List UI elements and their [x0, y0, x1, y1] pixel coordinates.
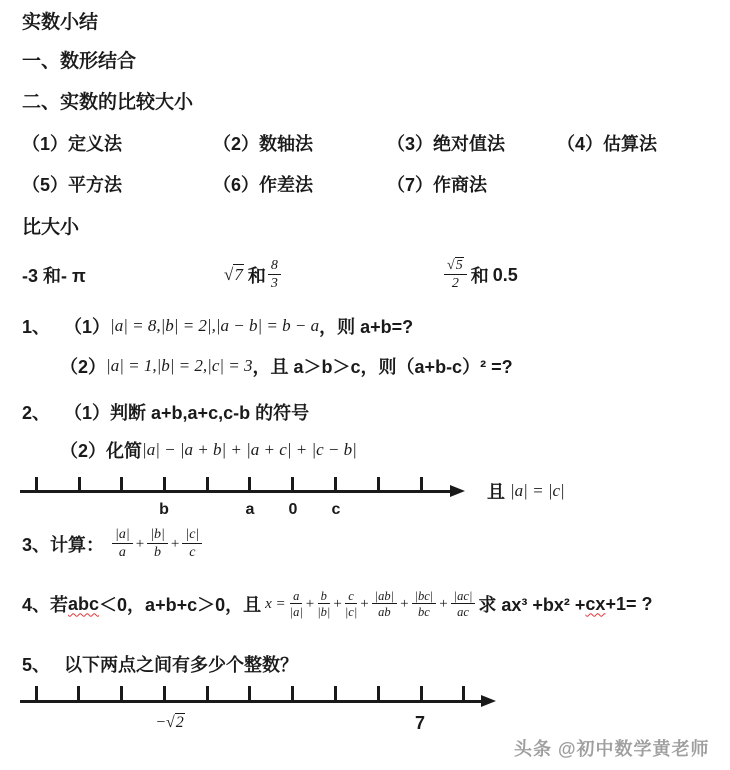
fraction-numerator: c	[345, 589, 357, 604]
method-item-4: （4）估算法	[557, 130, 657, 156]
point-label-b: b	[144, 501, 184, 519]
fraction: a|a|	[290, 589, 303, 619]
fraction: |c|c	[182, 527, 202, 560]
axis-line	[20, 490, 451, 493]
tick-mark	[77, 686, 80, 701]
question-text: 计算：	[50, 535, 104, 555]
fraction-denominator: c	[189, 544, 195, 561]
question-text: ，且 a＞b＞c，则（a+b-c）² =?	[253, 353, 513, 379]
question-5: 5、 以下两点之间有多少个整数？	[22, 651, 298, 677]
fraction: c|c|	[345, 589, 357, 619]
question-text: ＜0，a+b+c＞0，且	[99, 591, 261, 617]
fraction-numerator: |ab|	[372, 589, 397, 604]
tick-mark	[462, 686, 465, 701]
number-line-1: b a 0 c	[20, 476, 490, 520]
axis-arrow-icon	[450, 485, 465, 497]
question-number: 3、	[22, 535, 50, 555]
question-1-part-1: 1、 （1） |a| = 8,|b| = 2|,|a − b| = b − a …	[22, 311, 413, 341]
fraction-denominator: ab	[378, 604, 391, 619]
tick-mark	[291, 477, 294, 491]
section-2-heading: 二、实数的比较大小	[22, 87, 193, 114]
part-label: （2）	[60, 353, 106, 379]
math-expression: x =	[265, 596, 286, 613]
radicand: 5	[455, 257, 464, 273]
fraction-numerator: √5	[444, 258, 467, 275]
part-label: （1）	[64, 313, 110, 339]
math-expression: |a| = 8,|b| = 2|,|a − b| = b − a	[110, 316, 319, 336]
question-number-and-label: 3、计算：	[22, 531, 104, 557]
and-word: 和	[248, 262, 266, 288]
question-text: 以下两点之间有多少个整数？	[64, 651, 298, 677]
question-number: 2、	[22, 399, 50, 425]
minus-sign: −	[155, 714, 166, 731]
point-label-7: 7	[400, 713, 440, 734]
fraction-numerator: |ac|	[451, 589, 476, 604]
number-line-2: −√2 7	[20, 686, 540, 740]
tick-mark	[120, 686, 123, 701]
radical-sign: √	[224, 265, 233, 284]
tick-mark	[206, 477, 209, 491]
point-label-0: 0	[273, 501, 313, 519]
plus-sign: +	[400, 596, 408, 613]
section-1-heading: 一、数形结合	[22, 46, 136, 73]
fraction-numerator: a	[290, 589, 302, 604]
fraction-numerator: |a|	[112, 527, 133, 544]
tick-mark	[377, 686, 380, 701]
tick-mark	[206, 686, 209, 701]
point-label-neg-sqrt2: −√2	[140, 714, 200, 732]
fraction-numerator: |c|	[182, 527, 202, 544]
point-label-c: c	[316, 501, 356, 519]
fraction: 83	[268, 258, 281, 291]
spellcheck-flagged-text: abc	[68, 594, 99, 615]
compare-pair-1-text: -3 和- π	[22, 262, 86, 288]
question-text: ，则 a+b=?	[319, 313, 413, 339]
watermark: 头条 @初中数学黄老师	[514, 735, 710, 761]
question-text: +1= ?	[605, 594, 652, 615]
tick-mark	[163, 686, 166, 701]
radicand: 7	[233, 264, 244, 284]
radical-sign: √	[166, 714, 175, 731]
fraction: |ac|ac	[451, 589, 476, 619]
compare-pair-2: √7 和 83	[224, 253, 281, 297]
numberline-side-condition: 且 |a| = |c|	[487, 478, 565, 504]
radical-sign: √	[447, 258, 455, 273]
question-2-part-1: 2、 （1）判断 a+b,a+c,c-b 的符号	[22, 399, 309, 425]
tick-mark	[120, 477, 123, 491]
axis-line	[20, 700, 482, 703]
plus-sign: +	[171, 536, 179, 553]
method-item-3: （3）绝对值法	[387, 130, 505, 156]
spellcheck-flagged-text: cx	[585, 594, 605, 615]
tick-mark	[420, 477, 423, 491]
question-text: （1）判断 a+b,a+c,c-b 的符号	[64, 399, 309, 425]
fraction: |b|b	[147, 527, 168, 560]
math-expression: |a| = 1,|b| = 2,|c| = 3	[106, 356, 253, 376]
fraction: |bc|bc	[412, 589, 437, 619]
tick-mark	[78, 477, 81, 491]
question-1-part-2: （2） |a| = 1,|b| = 2,|c| = 3 ，且 a＞b＞c，则（a…	[60, 351, 513, 381]
tick-mark	[334, 477, 337, 491]
fraction: |ab|ab	[372, 589, 397, 619]
radicand: 2	[175, 713, 185, 731]
fraction-numerator: b	[318, 589, 330, 604]
plus-sign: +	[439, 596, 447, 613]
fraction-numerator: |b|	[147, 527, 168, 544]
fraction-numerator: 8	[268, 258, 281, 275]
fraction-denominator: 2	[452, 275, 459, 292]
fraction: |a|a	[112, 527, 133, 560]
question-3: 3、计算： |a|a + |b|b + |c|c	[22, 521, 202, 567]
fraction-denominator: ac	[457, 604, 469, 619]
method-item-7: （7）作商法	[387, 171, 487, 197]
tick-mark	[377, 477, 380, 491]
compare-pair-1: -3 和- π	[22, 253, 86, 297]
plus-sign: +	[136, 536, 144, 553]
tick-mark	[334, 686, 337, 701]
fraction-denominator: a	[119, 544, 126, 561]
plus-sign: +	[306, 596, 314, 613]
compare-value: 0.5	[493, 265, 518, 286]
question-text: 求 ax³ +bx² +	[478, 591, 585, 617]
fraction-denominator: b	[154, 544, 161, 561]
fraction-denominator: |a|	[290, 604, 303, 619]
tick-mark	[35, 686, 38, 701]
question-text: 若	[50, 591, 68, 617]
question-number: 1、	[22, 313, 50, 339]
fraction-denominator: 3	[271, 275, 278, 292]
method-item-6: （6）作差法	[213, 171, 313, 197]
fraction-denominator: bc	[418, 604, 430, 619]
compare-heading: 比大小	[22, 212, 79, 239]
sqrt-7-expression: √7	[224, 265, 244, 285]
math-expression: |a| = |c|	[510, 481, 565, 501]
method-item-5: （5）平方法	[22, 171, 122, 197]
fraction: b|b|	[317, 589, 330, 619]
point-label-a: a	[230, 501, 270, 519]
math-expression: |a| − |a + b| + |a + c| + |c − b|	[142, 440, 357, 460]
tick-mark	[163, 477, 166, 491]
fraction-numerator: |bc|	[412, 589, 437, 604]
plus-sign: +	[360, 596, 368, 613]
tick-mark	[291, 686, 294, 701]
question-number: 4、	[22, 591, 50, 617]
question-2-part-2: （2）化简 |a| − |a + b| + |a + c| + |c − b|	[60, 435, 357, 465]
method-item-2: （2）数轴法	[213, 130, 313, 156]
fraction-denominator: |c|	[345, 604, 357, 619]
tick-mark	[420, 686, 423, 701]
tick-mark	[35, 477, 38, 491]
compare-pair-3: √52 和 0.5	[444, 253, 518, 297]
page-title: 实数小结	[22, 7, 98, 34]
tick-mark	[248, 686, 251, 701]
axis-arrow-icon	[481, 695, 496, 707]
plus-sign: +	[333, 596, 341, 613]
question-4: 4、 若 abc ＜0，a+b+c＞0，且 x = a|a| + b|b| + …	[22, 577, 652, 631]
tick-mark	[248, 477, 251, 491]
method-item-1: （1）定义法	[22, 130, 122, 156]
and-also-word: 且	[487, 478, 505, 504]
question-number: 5、	[22, 651, 50, 677]
fraction-denominator: |b|	[317, 604, 330, 619]
part-label: （2）化简	[60, 437, 142, 463]
fraction: √52	[444, 258, 467, 291]
and-word: 和	[471, 262, 489, 288]
worksheet-page: 实数小结 一、数形结合 二、实数的比较大小 （1）定义法 （2）数轴法 （3）绝…	[0, 0, 730, 770]
